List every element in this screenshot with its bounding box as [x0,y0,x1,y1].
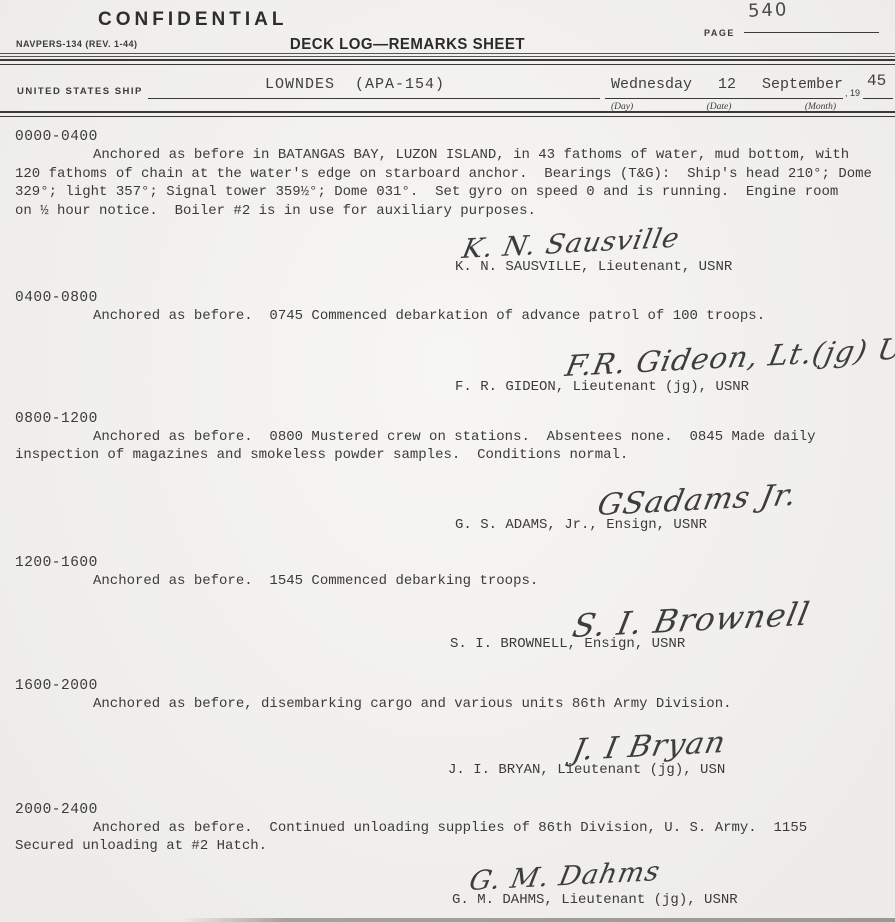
header-bottom-rule [0,111,895,117]
scan-edge-shadow [180,918,895,922]
date-typed: Wednesday 12 September [611,76,843,93]
log-entry-2000-2400: 2000-2400 Anchored as before. Continued … [15,802,885,908]
year-value: 45 [867,72,886,90]
log-entry-0400-0800: 0400-0800 Anchored as before. 0745 Comme… [15,290,885,395]
entry-time-range: 0000-0400 [15,129,885,145]
entry-time-range: 1600-2000 [15,678,885,694]
entry-time-range: 0400-0800 [15,290,885,306]
entry-remarks: Anchored as before. Continued unloading … [15,819,885,856]
date-number: 12 [718,76,736,93]
signature-typed: F. R. GIDEON, Lieutenant (jg), USNR [455,379,885,395]
signature-typed: J. I. BRYAN, Lieutenant (jg), USN [448,762,885,778]
form-header: CONFIDENTIAL 540 PAGE NAVPERS-134 (REV. … [0,0,895,118]
signature-handwritten: J. I Bryan [570,719,895,765]
entry-remarks: Anchored as before. 1545 Commenced debar… [15,572,885,591]
log-entry-1200-1600: 1200-1600 Anchored as before. 1545 Comme… [15,555,885,653]
signature-block: F.R. Gideon, Lt.(jg) USNR F. R. GIDEON, … [15,352,885,395]
entry-time-range: 0800-1200 [15,411,885,427]
date-day: Wednesday [611,76,692,93]
header-rule-heavy [0,59,895,65]
ship-field-label: UNITED STATES SHIP [17,86,143,97]
ship-name: LOWNDES (APA-154) [265,76,445,93]
signature-block: S. I. Brownell S. I. BROWNELL, Ensign, U… [15,610,885,652]
signature-handwritten: GSadams Jr. [595,475,894,520]
entry-time-range: 1200-1600 [15,555,885,571]
header-rule-thin [0,53,895,57]
date-month: September [762,76,843,93]
entry-remarks: Anchored as before in BATANGAS BAY, LUZO… [15,146,885,220]
page-number-handwritten: 540 [748,0,789,22]
entry-remarks: Anchored as before, disembarking cargo a… [15,695,885,714]
signature-block: J. I Bryan J. I. BRYAN, Lieutenant (jg),… [15,736,885,778]
signature-handwritten: F.R. Gideon, Lt.(jg) USNR [563,335,894,381]
signature-handwritten: S. I. Brownell [570,594,895,642]
log-entries: 0000-0400 Anchored as before in BATANGAS… [0,129,895,908]
entry-remarks: Anchored as before. 0800 Mustered crew o… [15,428,885,465]
page-underline [744,21,879,33]
entry-remarks: Anchored as before. 0745 Commenced debar… [15,307,885,326]
signature-block: GSadams Jr. G. S. ADAMS, Jr., Ensign, US… [15,491,885,533]
confidential-stamp: CONFIDENTIAL [98,9,287,31]
log-entry-0000-0400: 0000-0400 Anchored as before in BATANGAS… [15,129,885,275]
year-prefix: , 19 [845,88,860,98]
signature-block: K. N. Sausville K. N. SAUSVILLE, Lieuten… [15,236,885,275]
signature-block: G. M. Dahms G. M. DAHMS, Lieutenant (jg)… [15,868,885,908]
log-entry-0800-1200: 0800-1200 Anchored as before. 0800 Muste… [15,411,885,533]
deck-log-page: CONFIDENTIAL 540 PAGE NAVPERS-134 (REV. … [0,0,895,922]
signature-handwritten: K. N. Sausville [460,214,895,263]
entry-time-range: 2000-2400 [15,802,885,818]
log-entry-1600-2000: 1600-2000 Anchored as before, disembarki… [15,678,885,778]
document-title: DECK LOG—REMARKS SHEET [0,36,815,54]
